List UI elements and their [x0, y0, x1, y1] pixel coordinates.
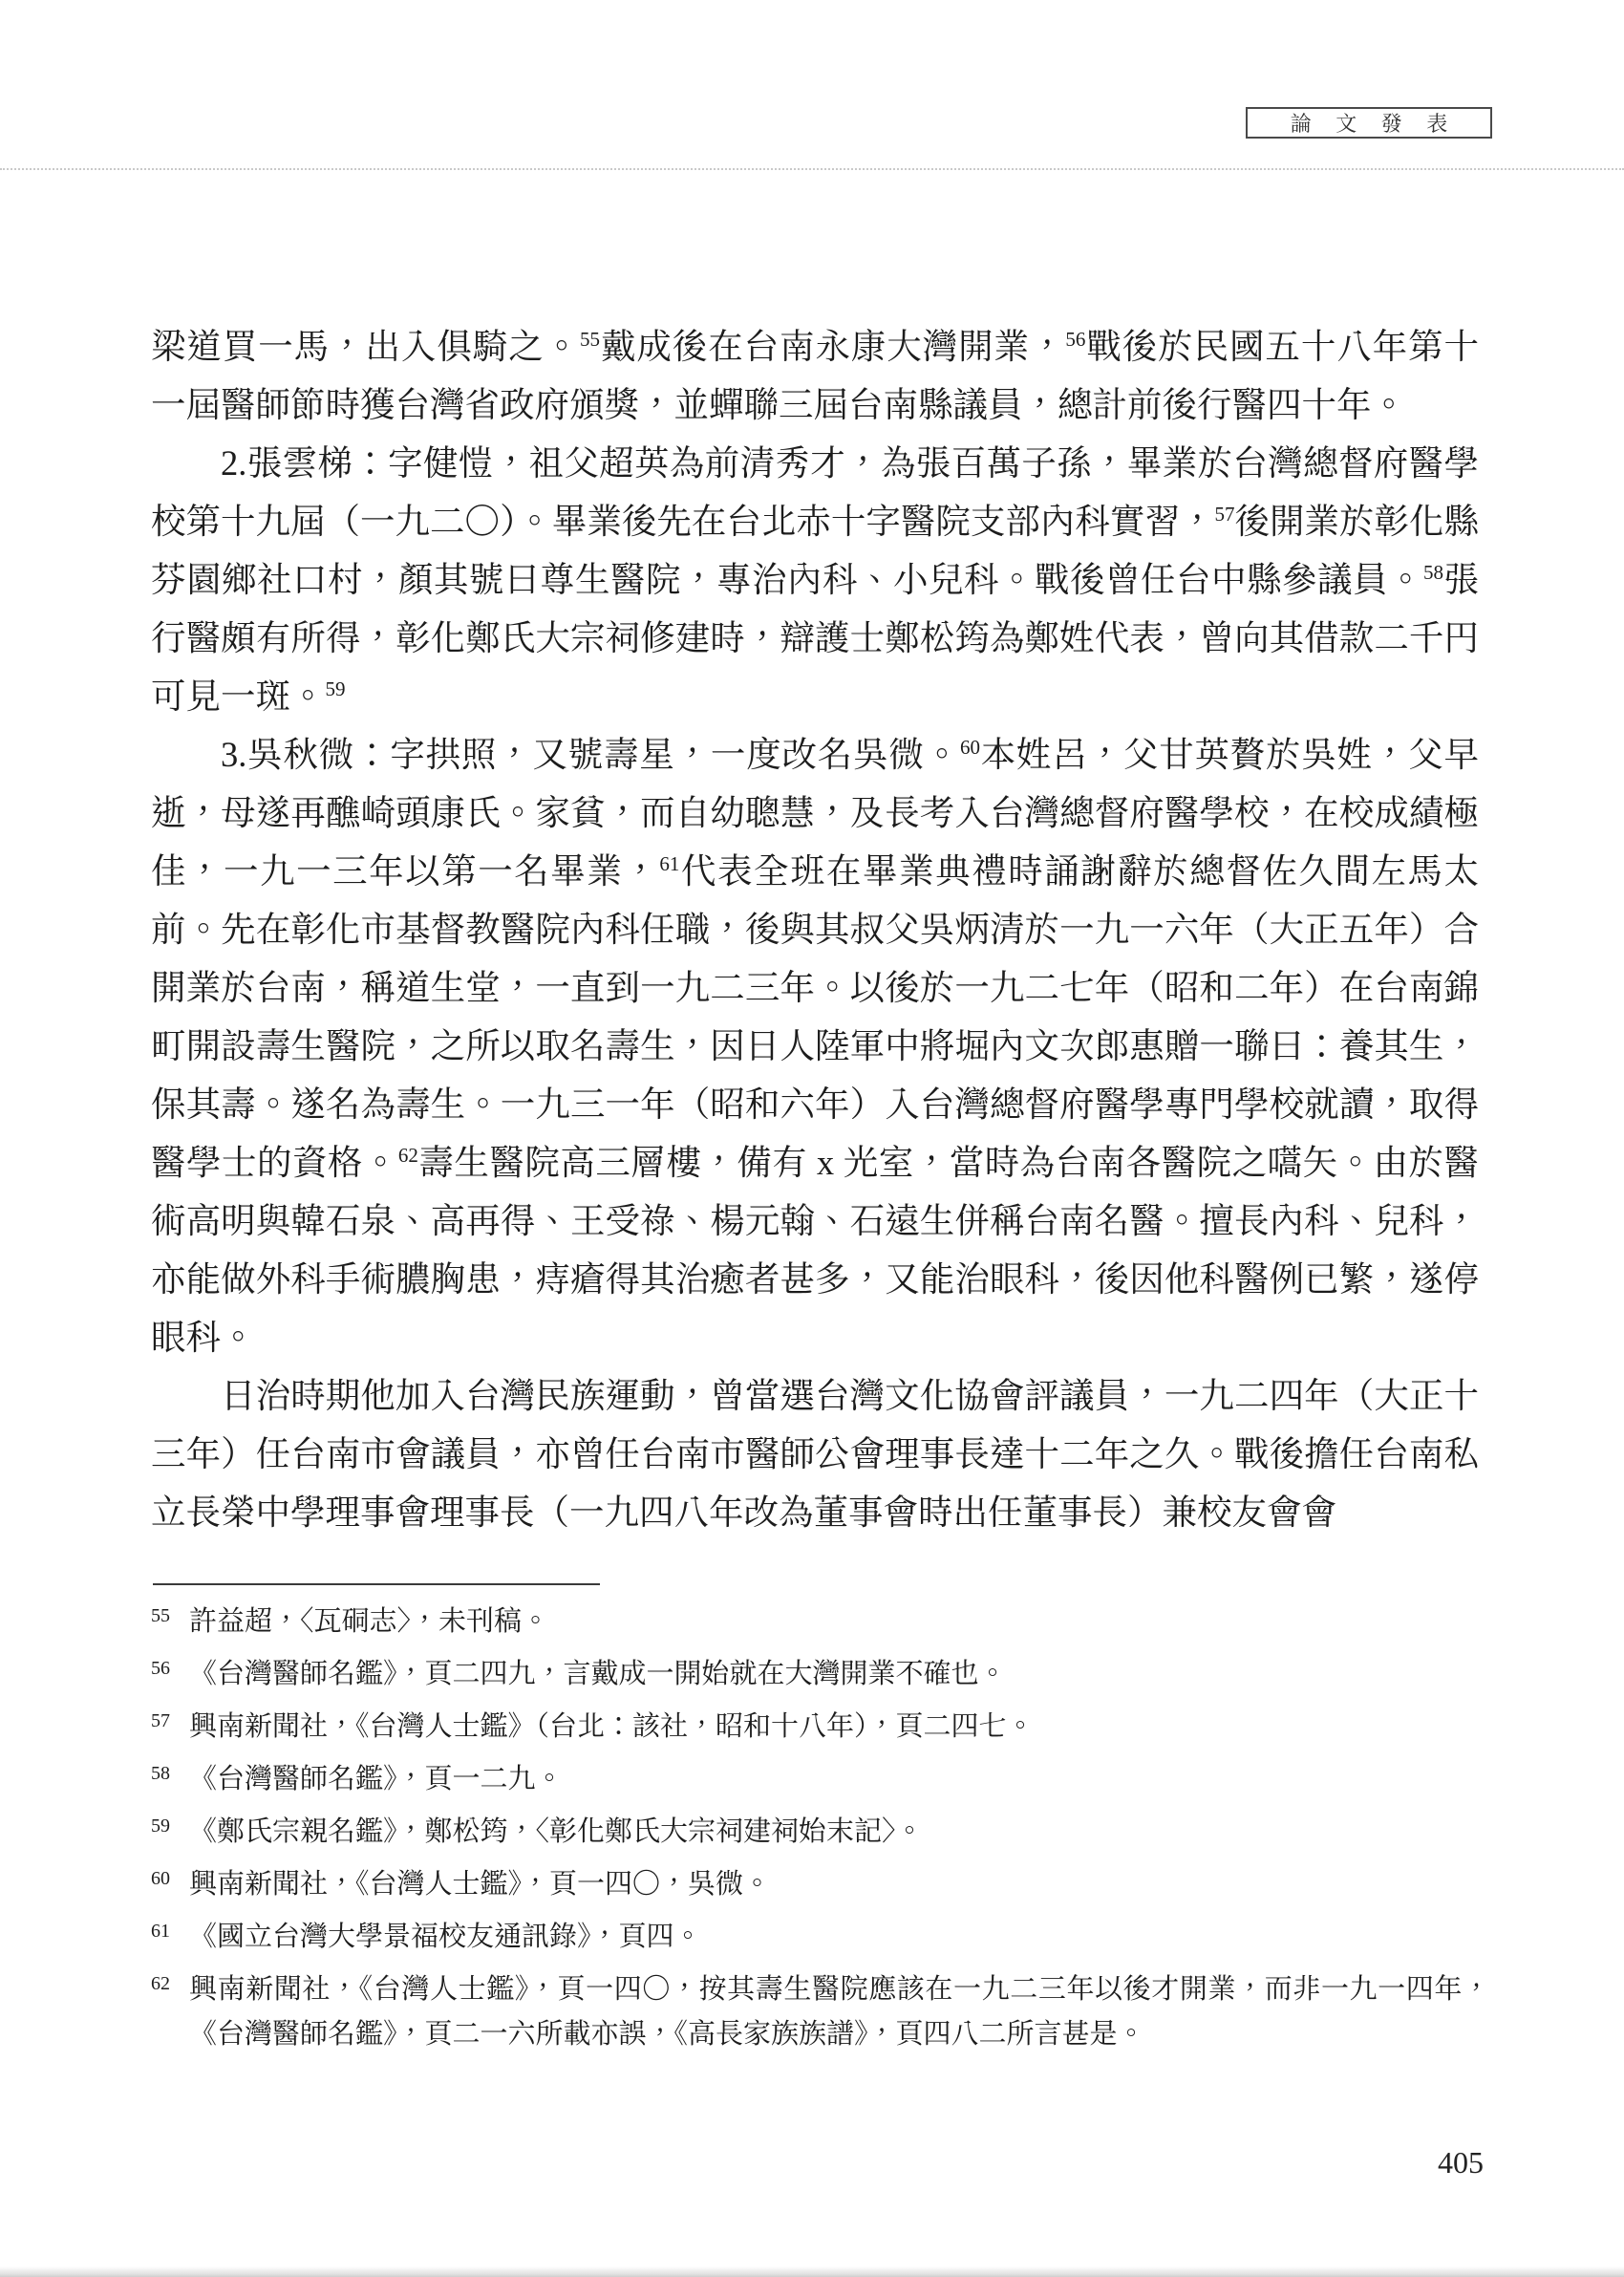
footnote-text: 興南新聞社，《台灣人士鑑》，頁一四〇，按其壽生醫院應該在一九二三年以後才開業，而…	[189, 1974, 1490, 2050]
footnote-item: 55許益超，〈瓦硐志〉，未刊稿。	[151, 1600, 1490, 1644]
footnote-item: 57興南新聞社，《台灣人士鑑》（台北：該社，昭和十八年），頁二四七。	[151, 1705, 1490, 1750]
footnote-text: 許益超，〈瓦硐志〉，未刊稿。	[189, 1606, 549, 1637]
scan-bottom-edge-artifact	[0, 2266, 1624, 2277]
paragraph: 梁道買一馬，出入俱騎之。55戴成後在台南永康大灣開業，56戰後於民國五十八年第十…	[151, 317, 1479, 434]
footnote-text: 興南新聞社，《台灣人士鑑》，頁一四〇，吳微。	[189, 1869, 771, 1900]
footnote-item: 62興南新聞社，《台灣人士鑑》，頁一四〇，按其壽生醫院應該在一九二三年以後才開業…	[151, 1967, 1490, 2057]
header-title: 論 文 發 表	[1281, 108, 1458, 138]
footnote-number: 60	[151, 1857, 170, 1901]
footnote-ref: 58	[1423, 561, 1443, 584]
header-box: 論 文 發 表	[1246, 107, 1492, 139]
footnote-text: 《鄭氏宗親名鑑》，鄭松筠，〈彰化鄭氏大宗祠建祠始末記〉。	[189, 1816, 924, 1847]
footnote-ref: 59	[326, 677, 346, 700]
footnote-number: 61	[151, 1909, 170, 1954]
page-number: 405	[1438, 2145, 1484, 2180]
footnote-number: 57	[151, 1699, 170, 1744]
document-page: 論 文 發 表 梁道買一馬，出入俱騎之。55戴成後在台南永康大灣開業，56戰後於…	[0, 0, 1624, 2277]
footnote-text: 《台灣醫師名鑑》，頁二四九，言戴成一開始就在大灣開業不確也。	[189, 1659, 1007, 1689]
footnote-text: 《台灣醫師名鑑》，頁一二九。	[189, 1764, 564, 1794]
footnote-item: 61《國立台灣大學景福校友通訊錄》，頁四。	[151, 1915, 1490, 1960]
header-divider-dotted	[0, 168, 1624, 170]
footnote-ref: 56	[1065, 328, 1085, 351]
footnote-item: 59《鄭氏宗親名鑑》，鄭松筠，〈彰化鄭氏大宗祠建祠始末記〉。	[151, 1810, 1490, 1855]
footnote-text: 《國立台灣大學景福校友通訊錄》，頁四。	[189, 1922, 702, 1952]
footnote-separator	[153, 1583, 600, 1585]
footnote-number: 55	[151, 1594, 170, 1639]
footnote-number: 56	[151, 1646, 170, 1691]
paragraph: 日治時期他加入台灣民族運動，曾當選台灣文化協會評議員，一九二四年（大正十三年）任…	[151, 1366, 1479, 1541]
paragraph: 2.張雲梯：字健愷，祖父超英為前清秀才，為張百萬子孫，畢業於台灣總督府醫學校第十…	[151, 434, 1479, 725]
footnote-item: 56《台灣醫師名鑑》，頁二四九，言戴成一開始就在大灣開業不確也。	[151, 1652, 1490, 1697]
footnote-ref: 55	[580, 328, 600, 351]
footnote-item: 58《台灣醫師名鑑》，頁一二九。	[151, 1757, 1490, 1802]
footnote-number: 58	[151, 1751, 170, 1796]
footnote-number: 59	[151, 1804, 170, 1849]
footnote-item: 60興南新聞社，《台灣人士鑑》，頁一四〇，吳微。	[151, 1862, 1490, 1907]
footnote-number: 62	[151, 1962, 170, 2007]
footnote-list: 55許益超，〈瓦硐志〉，未刊稿。56《台灣醫師名鑑》，頁二四九，言戴成一開始就在…	[151, 1600, 1490, 2065]
footnote-ref: 61	[659, 852, 679, 875]
body-text: 梁道買一馬，出入俱騎之。55戴成後在台南永康大灣開業，56戰後於民國五十八年第十…	[151, 317, 1479, 1541]
footnote-ref: 57	[1214, 503, 1234, 526]
paragraph: 3.吳秋微：字拱照，又號壽星，一度改名吳微。60本姓呂，父甘英贅於吳姓，父早逝，…	[151, 725, 1479, 1366]
footnote-text: 興南新聞社，《台灣人士鑑》（台北：該社，昭和十八年），頁二四七。	[189, 1711, 1035, 1742]
footnote-ref: 60	[960, 736, 980, 759]
footnote-ref: 62	[398, 1144, 418, 1167]
